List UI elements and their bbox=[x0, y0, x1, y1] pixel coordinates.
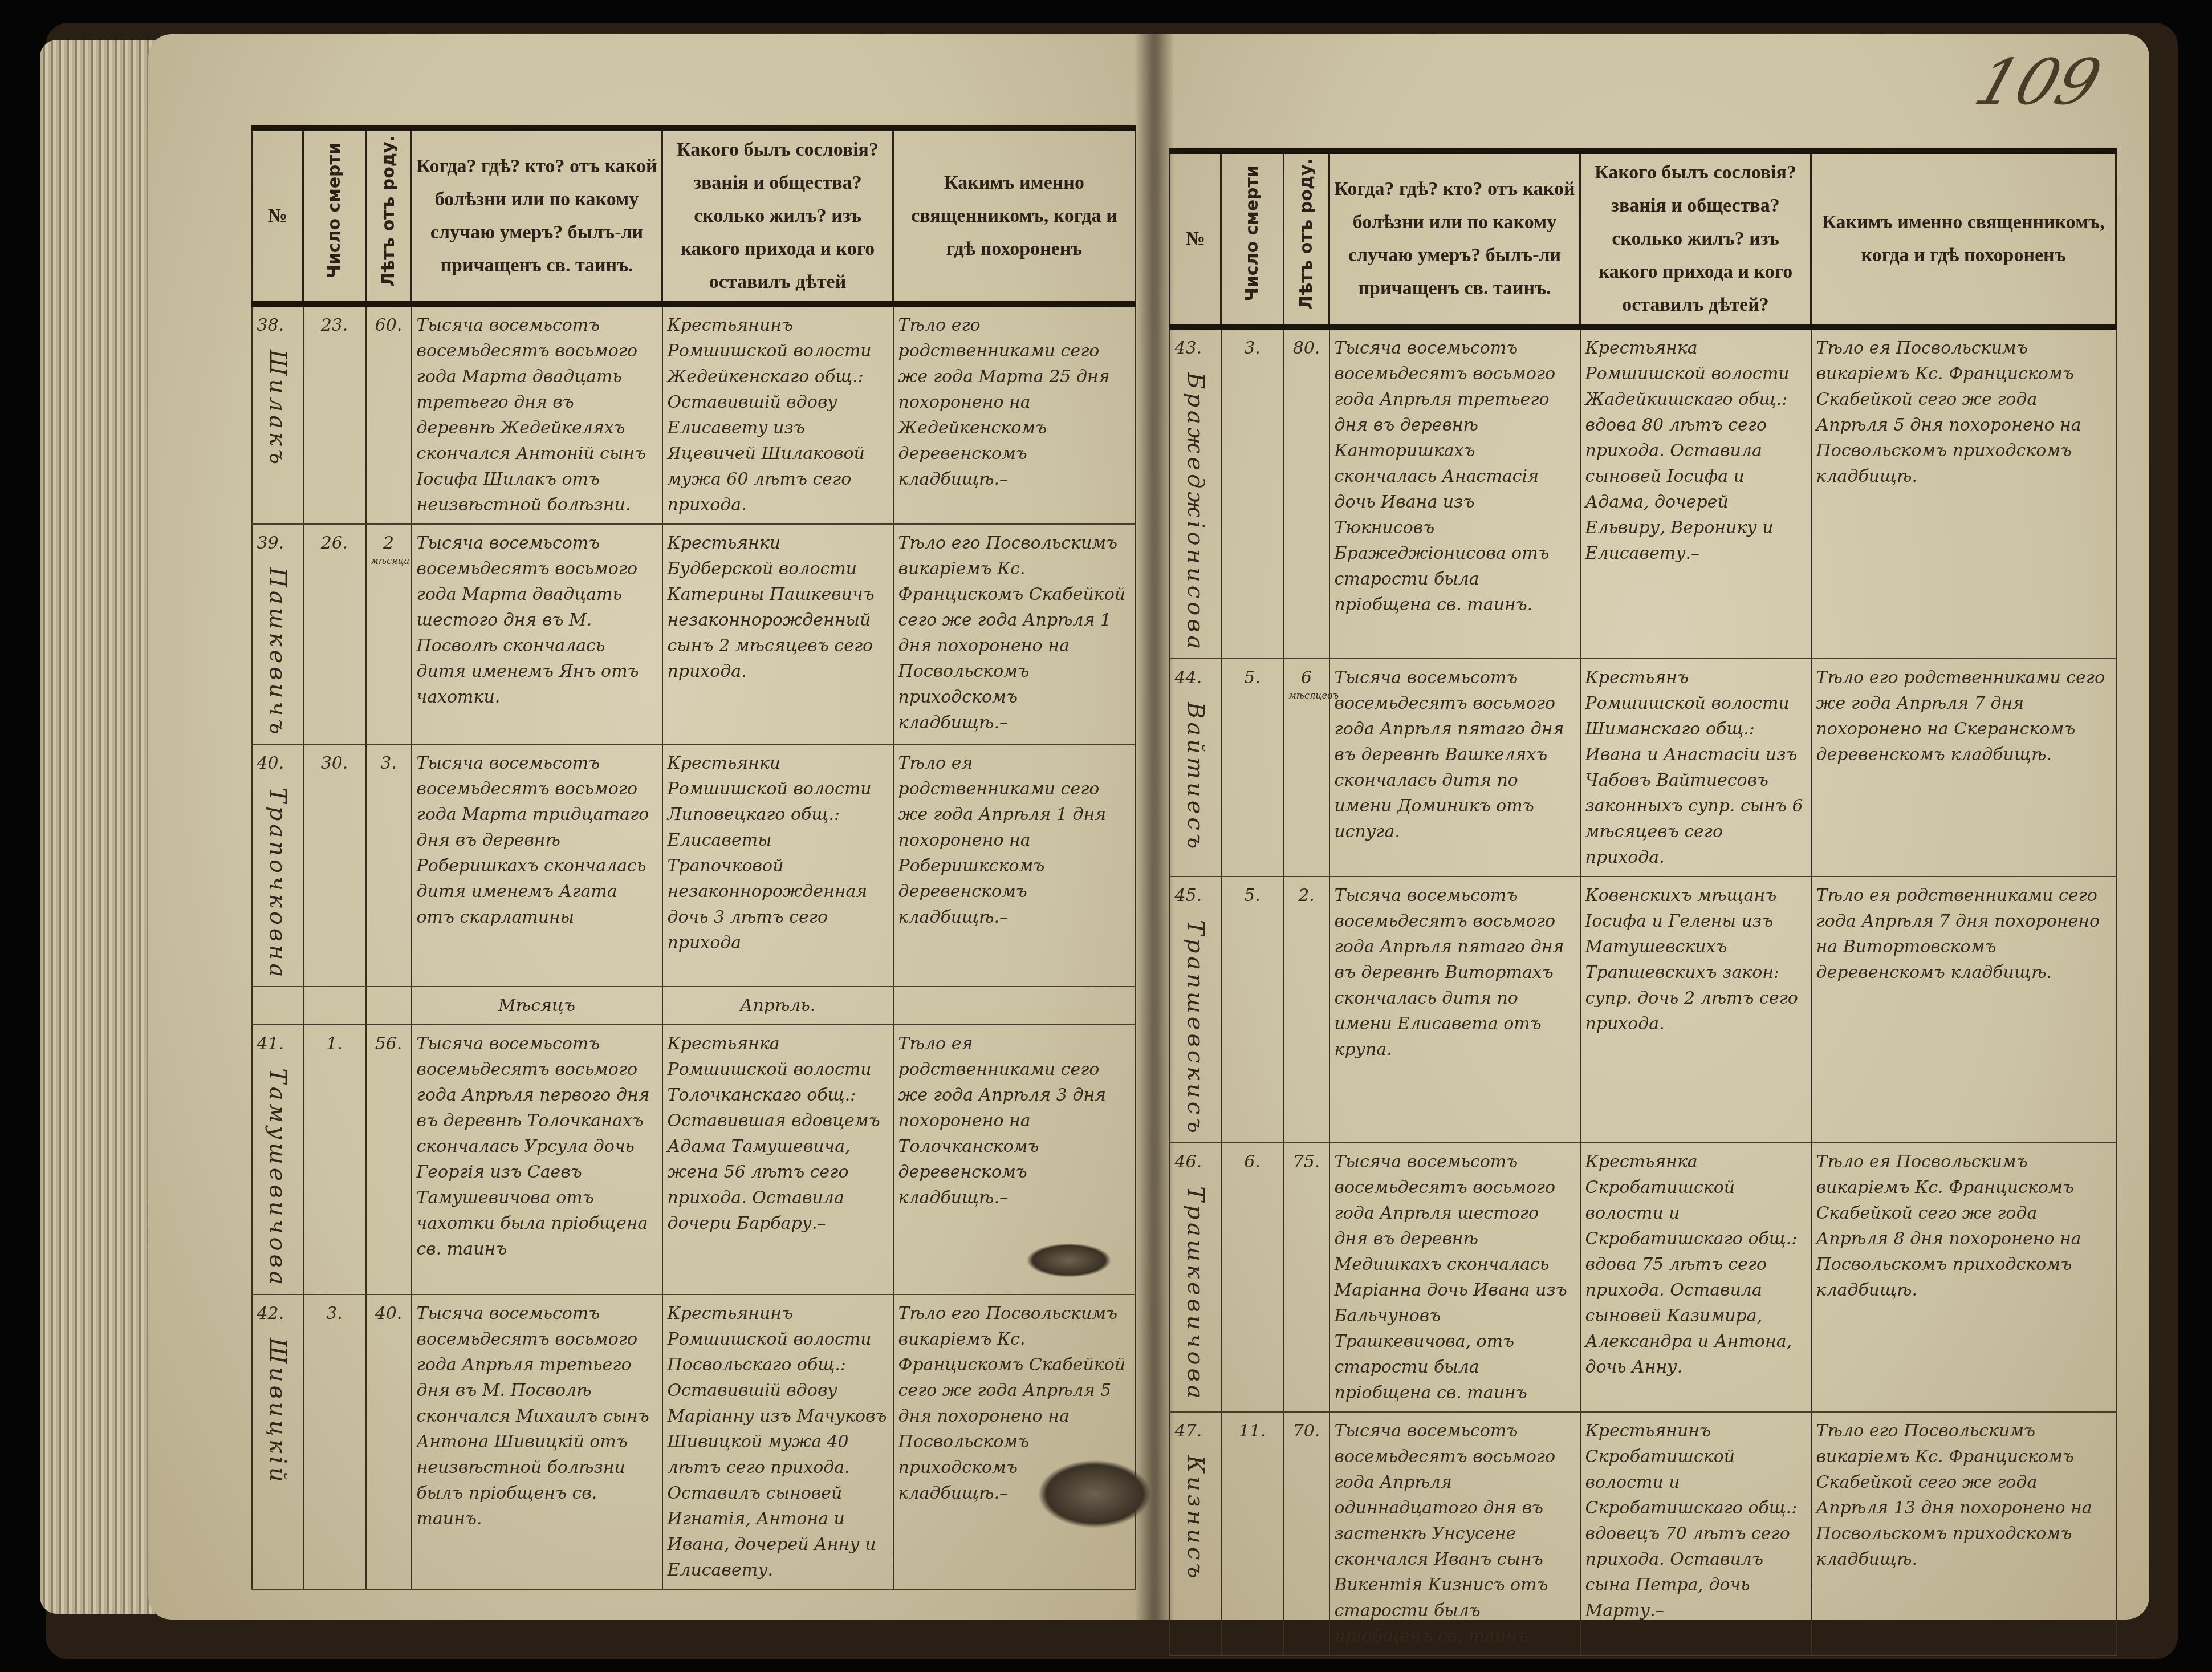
col-age: Лѣтъ отъ роду. bbox=[1284, 151, 1329, 327]
burial: Тѣло ея родственниками сего же года Апрѣ… bbox=[893, 744, 1136, 987]
entry-number-cell: 46.Трашкевичова bbox=[1170, 1143, 1221, 1412]
age: 40. bbox=[366, 1294, 412, 1589]
entry-number-cell: 41.Тамушевичова bbox=[252, 1025, 303, 1294]
table-row: 38.Шилакъ 23. 60. Тысяча восемьсотъ восе… bbox=[252, 304, 1136, 524]
col-death-day: Число смерти bbox=[303, 128, 366, 304]
entry-number-cell: 39.Пашкевичъ bbox=[252, 524, 303, 744]
age: 56. bbox=[366, 1025, 412, 1294]
age: 70. bbox=[1284, 1412, 1329, 1655]
burial: Тѣло ея Посвольскимъ викаріемъ Кс. Франц… bbox=[1811, 327, 2116, 659]
when-where-cause: Тысяча восемьсотъ восемьдесятъ восьмого … bbox=[1329, 659, 1580, 876]
when-where-cause: Тысяча восемьсотъ восемьдесятъ восьмого … bbox=[1329, 876, 1580, 1143]
entry-number-cell: 42.Шивицкій bbox=[252, 1294, 303, 1589]
burial: Тѣло его родственниками сего же года Мар… bbox=[893, 304, 1136, 524]
estate: Крестьянка Ромшишской волости Жадейкишск… bbox=[1580, 327, 1811, 659]
when-where-cause: Тысяча восемьсотъ восемьдесятъ восьмого … bbox=[412, 1294, 662, 1589]
table-row: 45.Трапшевскисъ 5. 2. Тысяча восемьсотъ … bbox=[1170, 876, 2116, 1143]
estate: Крестьянинъ Ромшишской волости Жедейкенс… bbox=[662, 304, 893, 524]
age: 75. bbox=[1284, 1143, 1329, 1412]
burial: Тѣло ея родственниками сего года Апрѣля … bbox=[1811, 876, 2116, 1143]
death-day: 30. bbox=[303, 744, 366, 987]
surname: Трашкевичова bbox=[1182, 1186, 1208, 1402]
age: 80. bbox=[1284, 327, 1329, 659]
when-where-cause: Тысяча восемьсотъ восемьдесятъ восьмого … bbox=[412, 1025, 662, 1294]
col-burial: Какимъ именно священникомъ, когда и гдѣ … bbox=[893, 128, 1136, 304]
estate: Ковенскихъ мѣщанъ Іосифа и Гелены изъ Ма… bbox=[1580, 876, 1811, 1143]
surname: Шивицкій bbox=[265, 1338, 290, 1486]
entry-number-cell: 45.Трапшевскисъ bbox=[1170, 876, 1221, 1143]
table-row: 44.Вайтиесъ 5. 6мѣсяцевъ Тысяча восемьсо… bbox=[1170, 659, 2116, 876]
entry-number-cell: 44.Вайтиесъ bbox=[1170, 659, 1221, 876]
folio-number: 109 bbox=[1966, 46, 2110, 119]
surname: Бражеджіонисова bbox=[1182, 372, 1208, 652]
header-row: № Число смерти Лѣтъ отъ роду. Когда? гдѣ… bbox=[1170, 151, 2116, 327]
when-where-cause: Тысяча восемьсотъ восемьдесятъ восьмого … bbox=[412, 524, 662, 744]
col-estate: Какого былъ сословія? званія и общества?… bbox=[1580, 151, 1811, 327]
col-estate: Какого былъ сословія? званія и общества?… bbox=[662, 128, 893, 304]
burial: Тѣло ея Посвольскимъ викаріемъ Кс. Франц… bbox=[1811, 1143, 2116, 1412]
estate: Крестьянинъ Скробатишской волости и Скро… bbox=[1580, 1412, 1811, 1655]
when-where-cause: Тысяча восемьсотъ восемьдесятъ восьмого … bbox=[412, 304, 662, 524]
burial: Тѣло его Посвольскимъ викаріемъ Кс. Фран… bbox=[893, 524, 1136, 744]
surname: Вайтиесъ bbox=[1182, 702, 1208, 852]
right-page: 109 № Число смерти Лѣтъ отъ роду. Когда?… bbox=[1152, 34, 2149, 1620]
when-where-cause: Тысяча восемьсотъ восемьдесятъ восьмого … bbox=[1329, 1143, 1580, 1412]
book-gutter bbox=[1135, 34, 1174, 1620]
when-where-cause: Тысяча восемьсотъ восемьдесятъ восьмого … bbox=[412, 744, 662, 987]
burial: Тѣло его Посвольскимъ викаріемъ Кс. Фран… bbox=[1811, 1412, 2116, 1655]
col-number: № bbox=[252, 128, 303, 304]
estate: Крестьянинъ Ромшишской волости Посвольск… bbox=[662, 1294, 893, 1589]
estate: Крестьянка Ромшишской волости Толочканск… bbox=[662, 1025, 893, 1294]
age: 6мѣсяцевъ bbox=[1284, 659, 1329, 876]
death-day: 5. bbox=[1221, 876, 1284, 1143]
estate: Крестьянки Ромшишской волости Липовецкаг… bbox=[662, 744, 893, 987]
col-age: Лѣтъ отъ роду. bbox=[366, 128, 412, 304]
page-edges bbox=[40, 40, 165, 1614]
death-day: 3. bbox=[1221, 327, 1284, 659]
table-row: 39.Пашкевичъ 26. 2мѣсяца Тысяча восемьсо… bbox=[252, 524, 1136, 744]
month-label: Мѣсяцъ bbox=[412, 987, 662, 1025]
surname: Кизнисъ bbox=[1182, 1455, 1208, 1582]
table-row: 41.Тамушевичова 1. 56. Тысяча восемьсотъ… bbox=[252, 1025, 1136, 1294]
death-day: 3. bbox=[303, 1294, 366, 1589]
death-day: 23. bbox=[303, 304, 366, 524]
table-row: 46.Трашкевичова 6. 75. Тысяча восемьсотъ… bbox=[1170, 1143, 2116, 1412]
binding-tear bbox=[1038, 1460, 1152, 1528]
month-value: Апрѣль. bbox=[662, 987, 893, 1025]
month-heading-row: Мѣсяцъ Апрѣль. bbox=[252, 987, 1136, 1025]
entry-number-cell: 43.Бражеджіонисова bbox=[1170, 327, 1221, 659]
estate: Крестьянка Скробатишской волости и Скроб… bbox=[1580, 1143, 1811, 1412]
left-page: № Число смерти Лѣтъ отъ роду. Когда? гдѣ… bbox=[148, 34, 1152, 1620]
table-row: 42.Шивицкій 3. 40. Тысяча восемьсотъ вос… bbox=[252, 1294, 1136, 1589]
estate: Крестьянъ Ромшишской волости Шиманскаго … bbox=[1580, 659, 1811, 876]
binding-tear bbox=[1026, 1243, 1112, 1277]
entry-number-cell: 38.Шилакъ bbox=[252, 304, 303, 524]
when-where-cause: Тысяча восемьсотъ восемьдесятъ восьмого … bbox=[1329, 327, 1580, 659]
col-death-day: Число смерти bbox=[1221, 151, 1284, 327]
header-row: № Число смерти Лѣтъ отъ роду. Когда? гдѣ… bbox=[252, 128, 1136, 304]
death-day: 5. bbox=[1221, 659, 1284, 876]
surname: Трапшевскисъ bbox=[1182, 920, 1208, 1137]
table-row: 43.Бражеджіонисова 3. 80. Тысяча восемьс… bbox=[1170, 327, 2116, 659]
age: 2. bbox=[1284, 876, 1329, 1143]
age: 60. bbox=[366, 304, 412, 524]
table-row: 40.Трапочковна 30. 3. Тысяча восемьсотъ … bbox=[252, 744, 1136, 987]
when-where-cause: Тысяча восемьсотъ восемьдесятъ восьмого … bbox=[1329, 1412, 1580, 1655]
surname: Трапочковна bbox=[265, 788, 290, 980]
surname: Тамушевичова bbox=[265, 1068, 290, 1288]
death-day: 1. bbox=[303, 1025, 366, 1294]
table-row: 47.Кизнисъ 11. 70. Тысяча восемьсотъ вос… bbox=[1170, 1412, 2116, 1655]
register-table-left: № Число смерти Лѣтъ отъ роду. Когда? гдѣ… bbox=[251, 125, 1136, 1590]
death-day: 11. bbox=[1221, 1412, 1284, 1655]
col-burial: Какимъ именно священникомъ, когда и гдѣ … bbox=[1811, 151, 2116, 327]
age: 3. bbox=[366, 744, 412, 987]
death-day: 6. bbox=[1221, 1143, 1284, 1412]
entry-number-cell: 47.Кизнисъ bbox=[1170, 1412, 1221, 1655]
burial: Тѣло его родственниками сего же года Апр… bbox=[1811, 659, 2116, 876]
surname: Пашкевичъ bbox=[265, 567, 290, 738]
burial: Тѣло его Посвольскимъ викаріемъ Кс. Фран… bbox=[893, 1294, 1136, 1589]
col-when-where-cause: Когда? гдѣ? кто? отъ какой болѣзни или п… bbox=[412, 128, 662, 304]
register-table-right: № Число смерти Лѣтъ отъ роду. Когда? гдѣ… bbox=[1169, 148, 2117, 1656]
col-number: № bbox=[1170, 151, 1221, 327]
col-when-where-cause: Когда? гдѣ? кто? отъ какой болѣзни или п… bbox=[1329, 151, 1580, 327]
death-day: 26. bbox=[303, 524, 366, 744]
age: 2мѣсяца bbox=[366, 524, 412, 744]
estate: Крестьянки Будберской волости Катерины П… bbox=[662, 524, 893, 744]
entry-number-cell: 40.Трапочковна bbox=[252, 744, 303, 987]
surname: Шилакъ bbox=[265, 350, 290, 468]
